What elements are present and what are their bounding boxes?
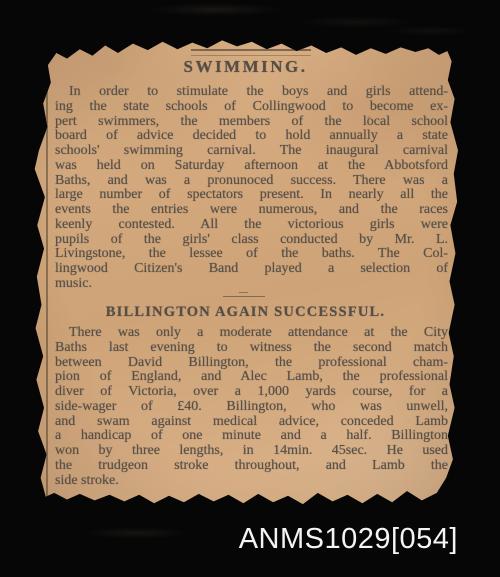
background-smudge [84, 527, 189, 539]
text-line: keenly contested. All the victorious gir… [55, 218, 448, 233]
text-line: lingwood Citizen's Band played a selecti… [55, 262, 448, 277]
text-line: large number of spectators present. In n… [55, 188, 448, 203]
background-smudge [388, 26, 473, 36]
text-line: side stroke. [55, 474, 448, 489]
article-title-swimming: SWIMMING. [33, 57, 458, 77]
article-body-billington: There was only a moderate attendance at … [55, 326, 448, 488]
newspaper-clipping: SWIMMING. In order to stimulate the boys… [33, 38, 458, 506]
background-smudge [148, 3, 283, 16]
text-line: music. [55, 277, 448, 292]
text-line: In order to stimulate the boys and girls… [55, 85, 448, 100]
text-line: schools' swimming carnival. The inaugura… [55, 144, 448, 159]
text-line: board of advice decided to hold annually… [55, 129, 448, 144]
masthead-rule [191, 49, 311, 56]
article-body-swimming: In order to stimulate the boys and girls… [55, 85, 448, 292]
background-smudge [298, 16, 413, 28]
catalog-number: ANMS1029[054] [239, 523, 458, 556]
text-line: a handicap of one minute and a half. Bil… [55, 429, 448, 444]
article-title-billington: BILLINGTON AGAIN SUCCESSFUL. [33, 304, 458, 321]
text-line: Baths last evening to witness the second… [55, 341, 448, 356]
text-line: Livingstone, the lessee of the baths. Th… [55, 247, 448, 262]
text-line: ing the state schools of Collingwood to … [55, 100, 448, 115]
text-line: won by three lengths, in 14min. 45sec. H… [55, 444, 448, 459]
text-line: diver of Victoria, over a 1,000 yards co… [55, 385, 448, 400]
archive-photo-canvas: SWIMMING. In order to stimulate the boys… [0, 0, 500, 577]
text-line: There was only a moderate attendance at … [55, 326, 448, 341]
text-line: events the entries were numerous, and th… [55, 203, 448, 218]
text-line: was held on Saturday afternoon at the Ab… [55, 159, 448, 174]
column-rule-right-fragment [455, 270, 457, 334]
text-line: the trudgeon stroke throughout, and Lamb… [55, 459, 448, 474]
text-line: side-wager of £40. Billington, who was u… [55, 400, 448, 415]
column-rule-left [46, 90, 48, 498]
text-line: pion of England, and Alec Lamb, the prof… [55, 370, 448, 385]
section-divider [223, 296, 265, 297]
